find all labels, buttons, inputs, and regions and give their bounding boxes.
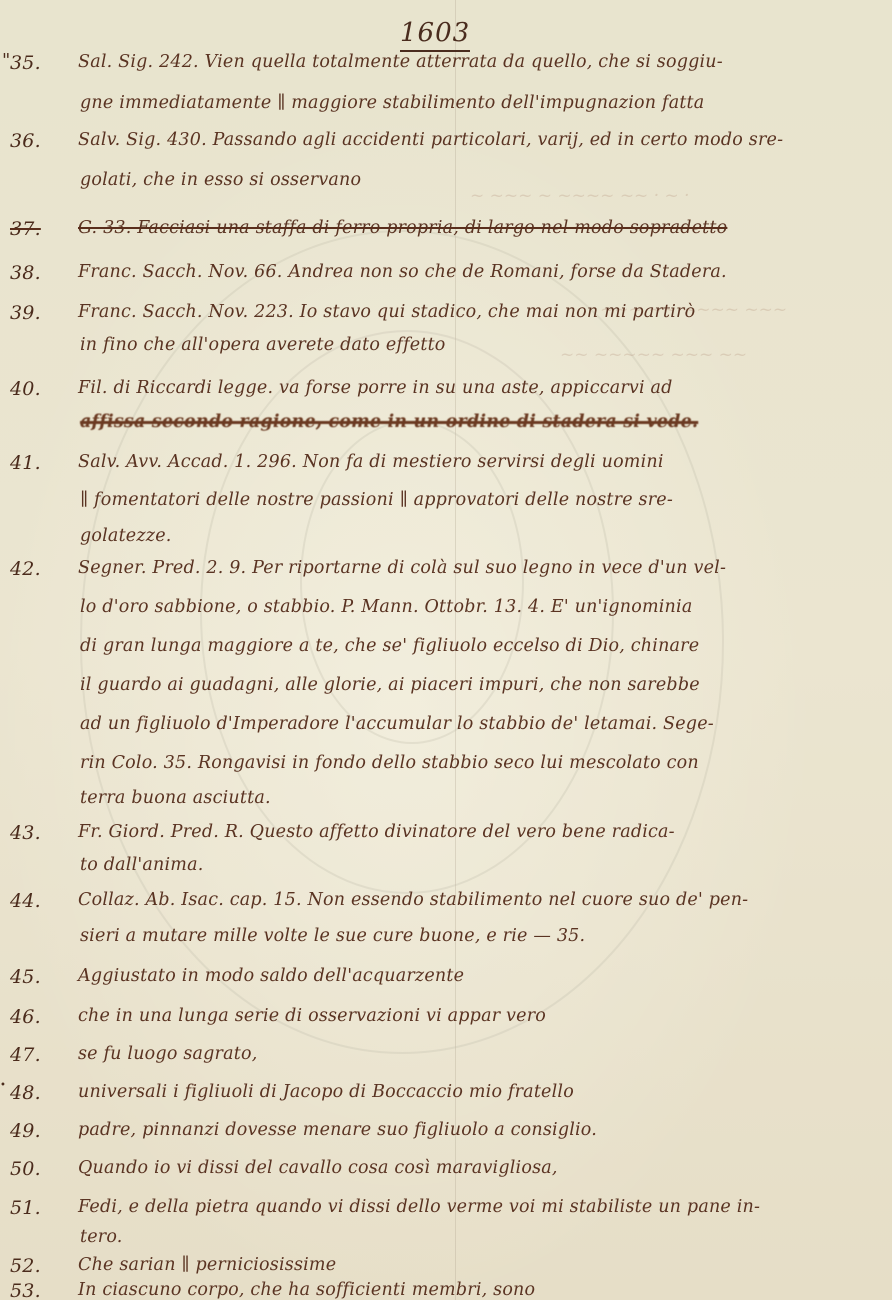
entry-text: Franc. Sacch. Nov. 66. Andrea non so che… bbox=[78, 262, 727, 282]
entry-text: rin Colo. 35. Rongavisi in fondo dello s… bbox=[80, 753, 699, 773]
entry-text: Fr. Giord. Pred. R. Questo affetto divin… bbox=[78, 822, 675, 842]
entry-text: il guardo ai guadagni, alle glorie, ai p… bbox=[80, 675, 700, 695]
entry-text: se fu luogo sagrato, bbox=[78, 1044, 257, 1064]
entry-text: Che sarian ∥ perniciosissime bbox=[78, 1255, 336, 1275]
entry-number: 43. bbox=[10, 822, 70, 844]
entry-text: ∥ fomentatori delle nostre passioni ∥ ap… bbox=[80, 490, 673, 510]
entry-text: terra buona asciutta. bbox=[80, 788, 271, 808]
entry-number: 45. bbox=[10, 966, 70, 988]
entry-text: padre, pinnanzi dovesse menare suo figli… bbox=[78, 1120, 597, 1140]
entry-text: Franc. Sacch. Nov. 223. Io stavo qui sta… bbox=[78, 302, 695, 322]
entry-text: sieri a mutare mille volte le sue cure b… bbox=[80, 926, 585, 946]
entry-number: 49. bbox=[10, 1120, 70, 1142]
page-header-year: 1603 bbox=[400, 18, 470, 52]
entry-text: gne immediatamente ∥ maggiore stabilimen… bbox=[80, 93, 704, 113]
entry-text: affissa secondo ragione, come in un ordi… bbox=[80, 412, 698, 432]
entry-text: Fil. di Riccardi legge. va forse porre i… bbox=[78, 378, 673, 398]
entry-text: to dall'anima. bbox=[80, 855, 203, 875]
entry-text: tero. bbox=[80, 1227, 123, 1247]
entry-text: universali i figliuoli di Jacopo di Bocc… bbox=[78, 1082, 574, 1102]
entry-number: 35. bbox=[10, 52, 70, 74]
entry-number: 38. bbox=[10, 262, 70, 284]
entry-text: G. 33. Facciasi una staffa di ferro prop… bbox=[78, 218, 727, 238]
entry-number: 41. bbox=[10, 452, 70, 474]
bleedthrough-text: ~ ~~~ ~ ~~~~ ~~ · ~ · bbox=[470, 186, 690, 206]
entry-number: 48. bbox=[10, 1082, 70, 1104]
entry-number: 51. bbox=[10, 1197, 70, 1219]
entry-number: 52. bbox=[10, 1255, 70, 1277]
bleedthrough-text: ~~ ~~~~~ ~~~ ~~ bbox=[560, 345, 747, 365]
entry-text: Salv. Sig. 430. Passando agli accidenti … bbox=[78, 130, 783, 150]
entry-text: Aggiustato in modo saldo dell'acquarzent… bbox=[78, 966, 464, 986]
entry-text: Salv. Avv. Accad. 1. 296. Non fa di mest… bbox=[78, 452, 664, 472]
entry-text: golati, che in esso si osservano bbox=[80, 170, 361, 190]
entry-text: In ciascuno corpo, che ha sofficienti me… bbox=[78, 1280, 535, 1300]
entry-number: 36. bbox=[10, 130, 70, 152]
entry-text: lo d'oro sabbione, o stabbio. P. Mann. O… bbox=[80, 597, 692, 617]
entry-number: 46. bbox=[10, 1006, 70, 1028]
margin-dot-mark: • bbox=[0, 1080, 6, 1091]
entry-number: 40. bbox=[10, 378, 70, 400]
entry-number: 53. bbox=[10, 1280, 70, 1300]
entry-text: in fino che all'opera averete dato effet… bbox=[80, 335, 446, 355]
manuscript-page: ~ ~~~ ~ ~~~~ ~~ · ~ · ~~~ ~~ ~~~~ ~~~ ~~… bbox=[0, 0, 892, 1300]
entry-text: Segner. Pred. 2. 9. Per riportarne di co… bbox=[78, 558, 726, 578]
entry-number: 44. bbox=[10, 890, 70, 912]
entry-text: golatezze. bbox=[80, 526, 172, 546]
entry-number: 39. bbox=[10, 302, 70, 324]
entry-text: Fedi, e della pietra quando vi dissi del… bbox=[78, 1197, 760, 1217]
entry-text: Collaz. Ab. Isac. cap. 15. Non essendo s… bbox=[78, 890, 748, 910]
entry-number: 37. bbox=[10, 218, 70, 240]
entry-number: 47. bbox=[10, 1044, 70, 1066]
entry-text: ad un figliuolo d'Imperadore l'accumular… bbox=[80, 714, 714, 734]
entry-text: Quando io vi dissi del cavallo cosa così… bbox=[78, 1158, 558, 1178]
entry-text: che in una lunga serie di osservazioni v… bbox=[78, 1006, 546, 1026]
entry-number: 42. bbox=[10, 558, 70, 580]
entry-number: 50. bbox=[10, 1158, 70, 1180]
entry-text: Sal. Sig. 242. Vien quella totalmente at… bbox=[78, 52, 723, 72]
entry-text: di gran lunga maggiore a te, che se' fig… bbox=[80, 636, 699, 656]
